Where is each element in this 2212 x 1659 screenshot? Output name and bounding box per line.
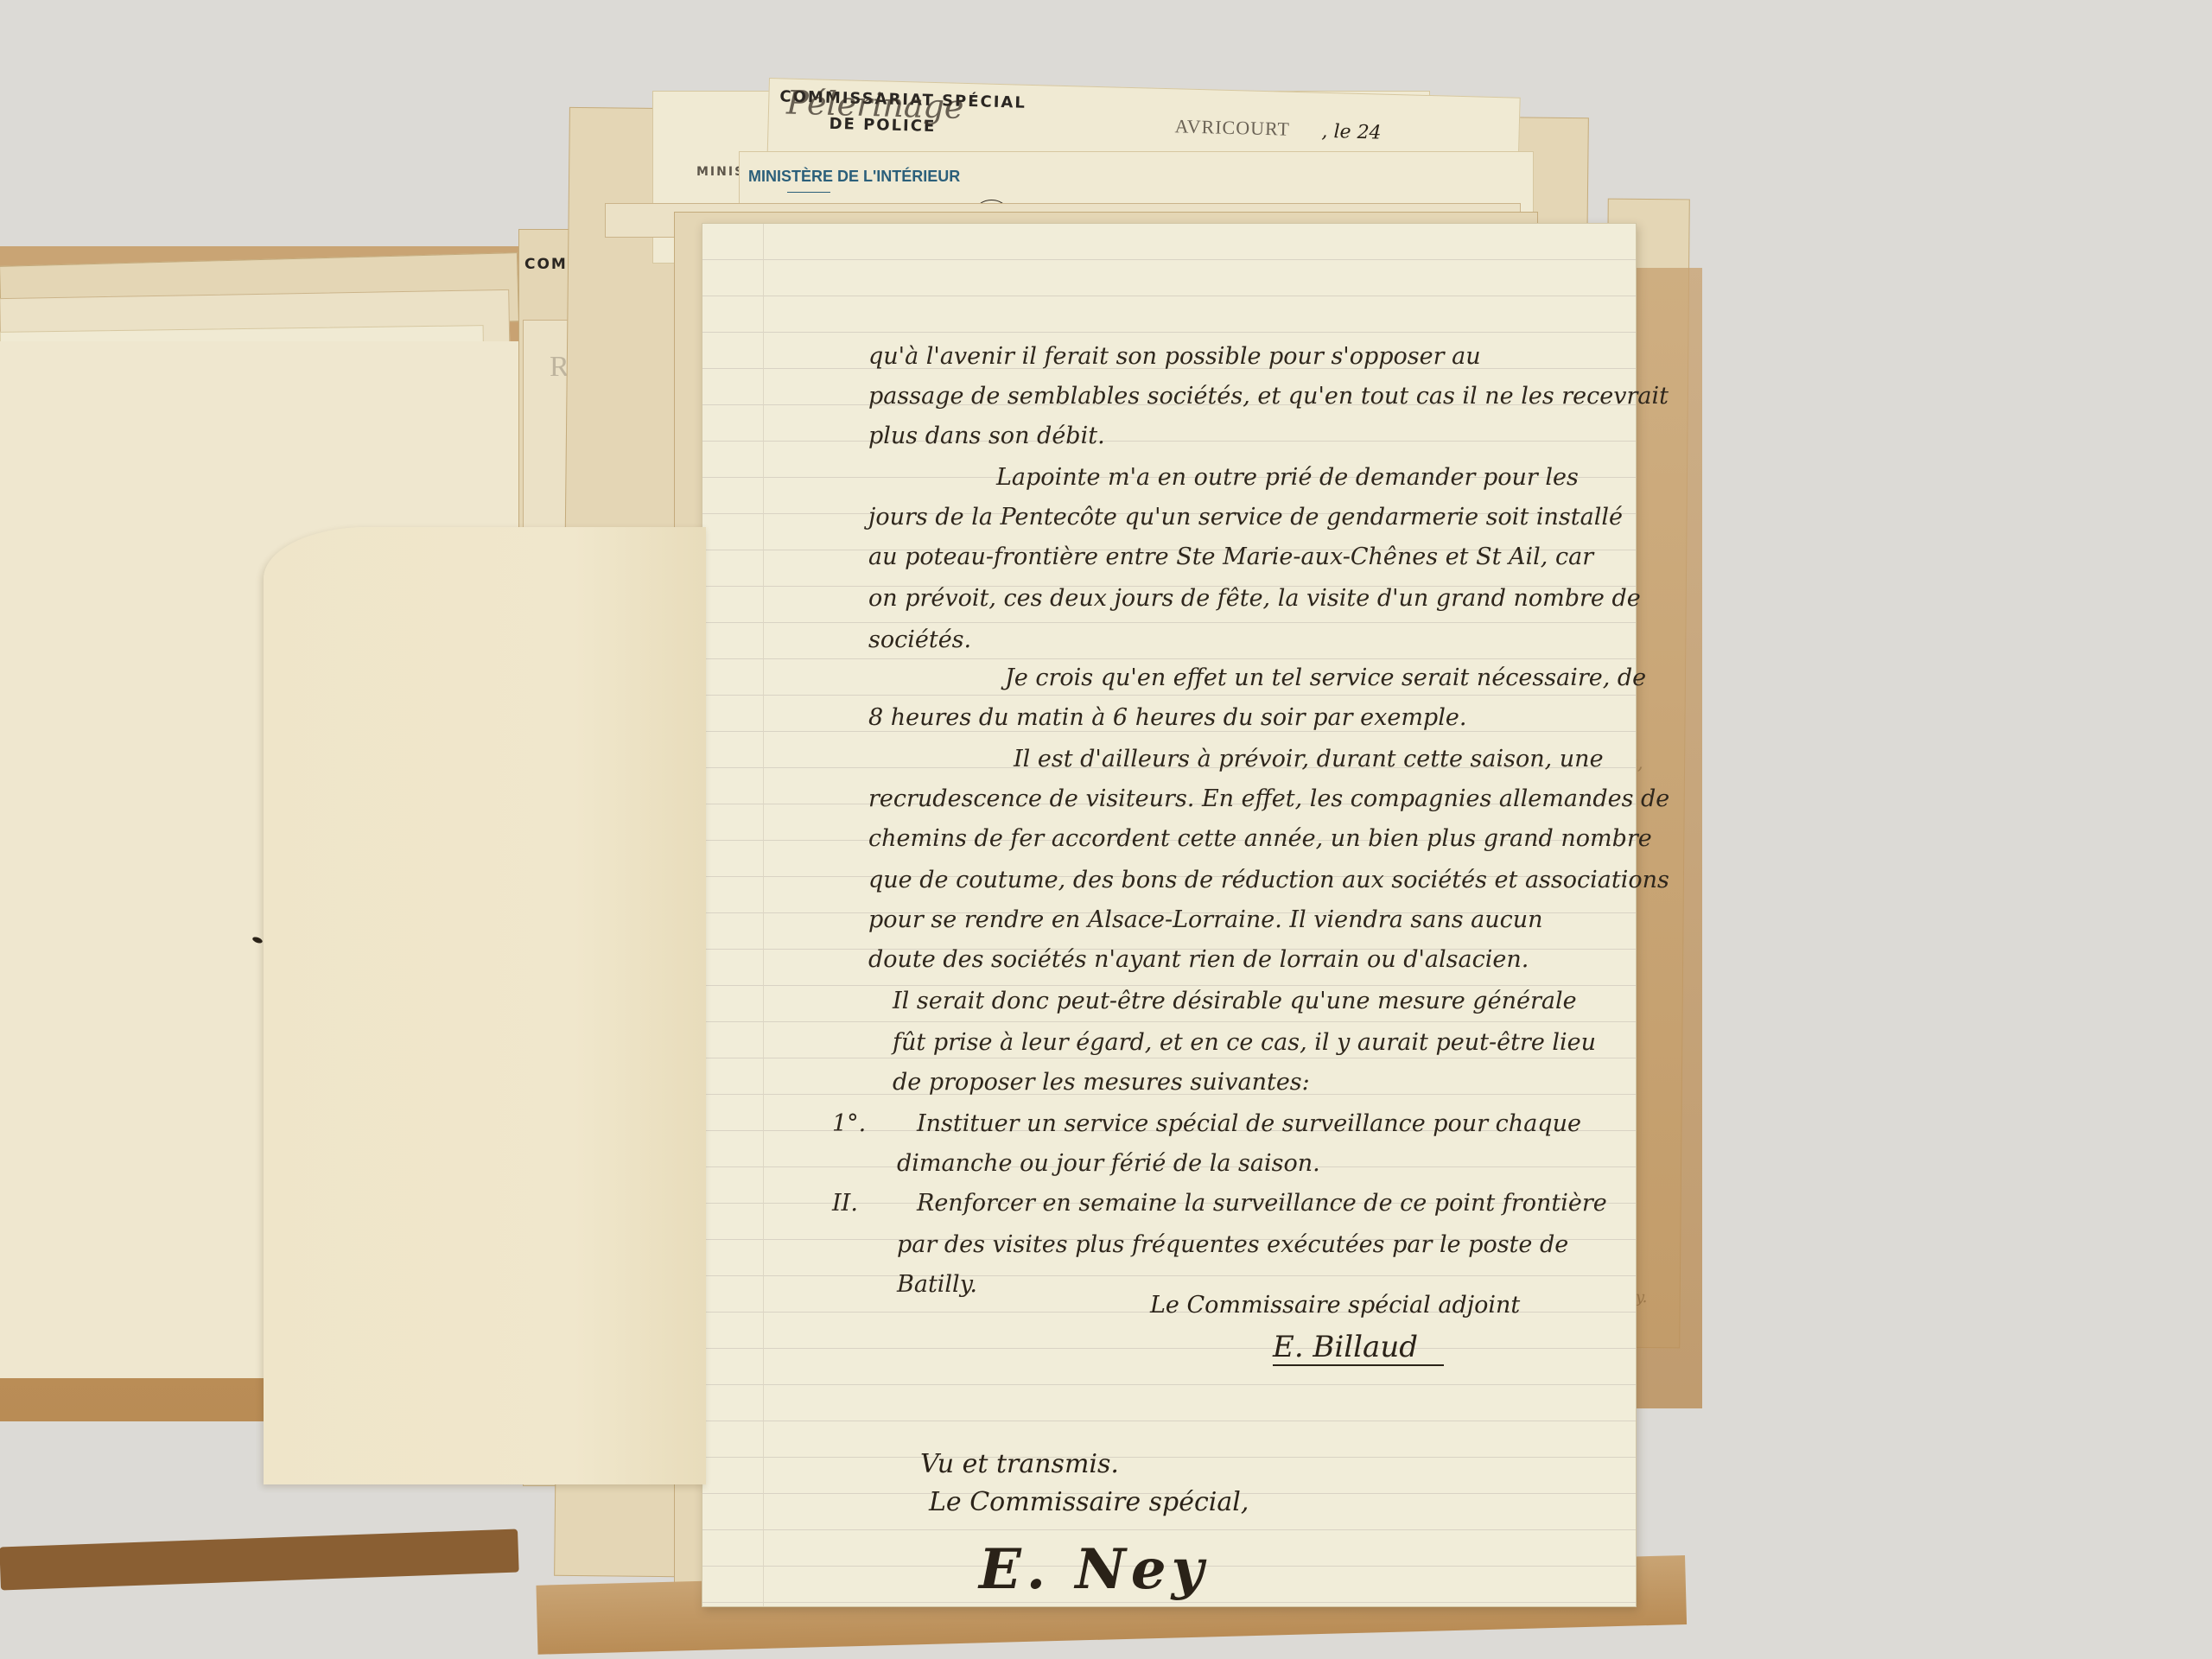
list-marker: II. [832,1185,858,1223]
printed-avricourt: AVRICOURT [1174,115,1290,140]
stamp-rule [787,192,830,193]
letter-line: sociétés. [868,621,971,659]
handwritten-date: , le 24 [1321,121,1382,144]
letter-line: Je crois qu'en effet un tel service sera… [1005,659,1646,697]
stamp-ministere-interieur: MINISTÈRE DE L'INTÉRIEUR [748,168,960,186]
list-marker: 1°. [832,1105,866,1143]
letter-line: par des visites plus fréquentes exécutée… [897,1226,1568,1264]
letter-line: plus dans son débit. [868,417,1105,455]
folder-flap-curved [264,527,706,1484]
letter-line: 8 heures du matin à 6 heures du soir par… [868,699,1466,737]
letter-line: Il est d'ailleurs à prévoir, durant cett… [1014,741,1604,779]
letter-line: pour se rendre en Alsace-Lorraine. Il vi… [868,901,1543,939]
signature-title-adjoint: Le Commissaire spécial adjoint [1150,1292,1520,1319]
signature-ney: E. Ney [979,1537,1209,1602]
signature-billaud: E. Billaud [1273,1330,1444,1366]
letter-line: passage de semblables sociétés, et qu'en… [868,378,1669,416]
letter-line: qu'à l'avenir il ferait son possible pou… [868,338,1481,376]
letter-line: Il serait donc peut-être désirable qu'un… [893,982,1577,1020]
stamp-minis: MINIS [696,165,745,179]
letter-line: Batilly. [897,1266,977,1304]
endorsement-title: Le Commissaire spécial, [929,1487,1249,1517]
margin-line [763,224,764,1606]
endorsement-vu-et-transmis: Vu et transmis. [920,1449,1119,1479]
letter-line: que de coutume, des bons de réduction au… [868,861,1669,899]
letter-line: Instituer un service spécial de surveill… [917,1105,1581,1143]
handwritten-annotation-pelerinage: Pélerinage [786,84,964,126]
letter-line: de proposer les mesures suivantes: [893,1064,1310,1102]
letter-line: fût prise à leur égard, et en ce cas, il… [893,1024,1596,1062]
letter-line: recrudescence de visiteurs. En effet, le… [868,780,1669,818]
letter-line: Renforcer en semaine la surveillance de … [917,1185,1607,1223]
letter-line: jours de la Pentecôte qu'un service de g… [868,499,1623,537]
letter-line: on prévoit, ces deux jours de fête, la v… [868,580,1641,618]
handwritten-letter: qu'à l'avenir il ferait son possible pou… [702,223,1637,1607]
letter-line: dimanche ou jour férié de la saison. [897,1145,1320,1183]
letter-line: chemins de fer accordent cette année, un… [868,820,1652,858]
letter-line: Lapointe m'a en outre prié de demander p… [996,459,1579,497]
torn-kraft-edge-left [0,1529,519,1591]
letter-line: au poteau-frontière entre Ste Marie-aux-… [868,538,1593,576]
letter-line: doute des sociétés n'ayant rien de lorra… [868,941,1529,979]
